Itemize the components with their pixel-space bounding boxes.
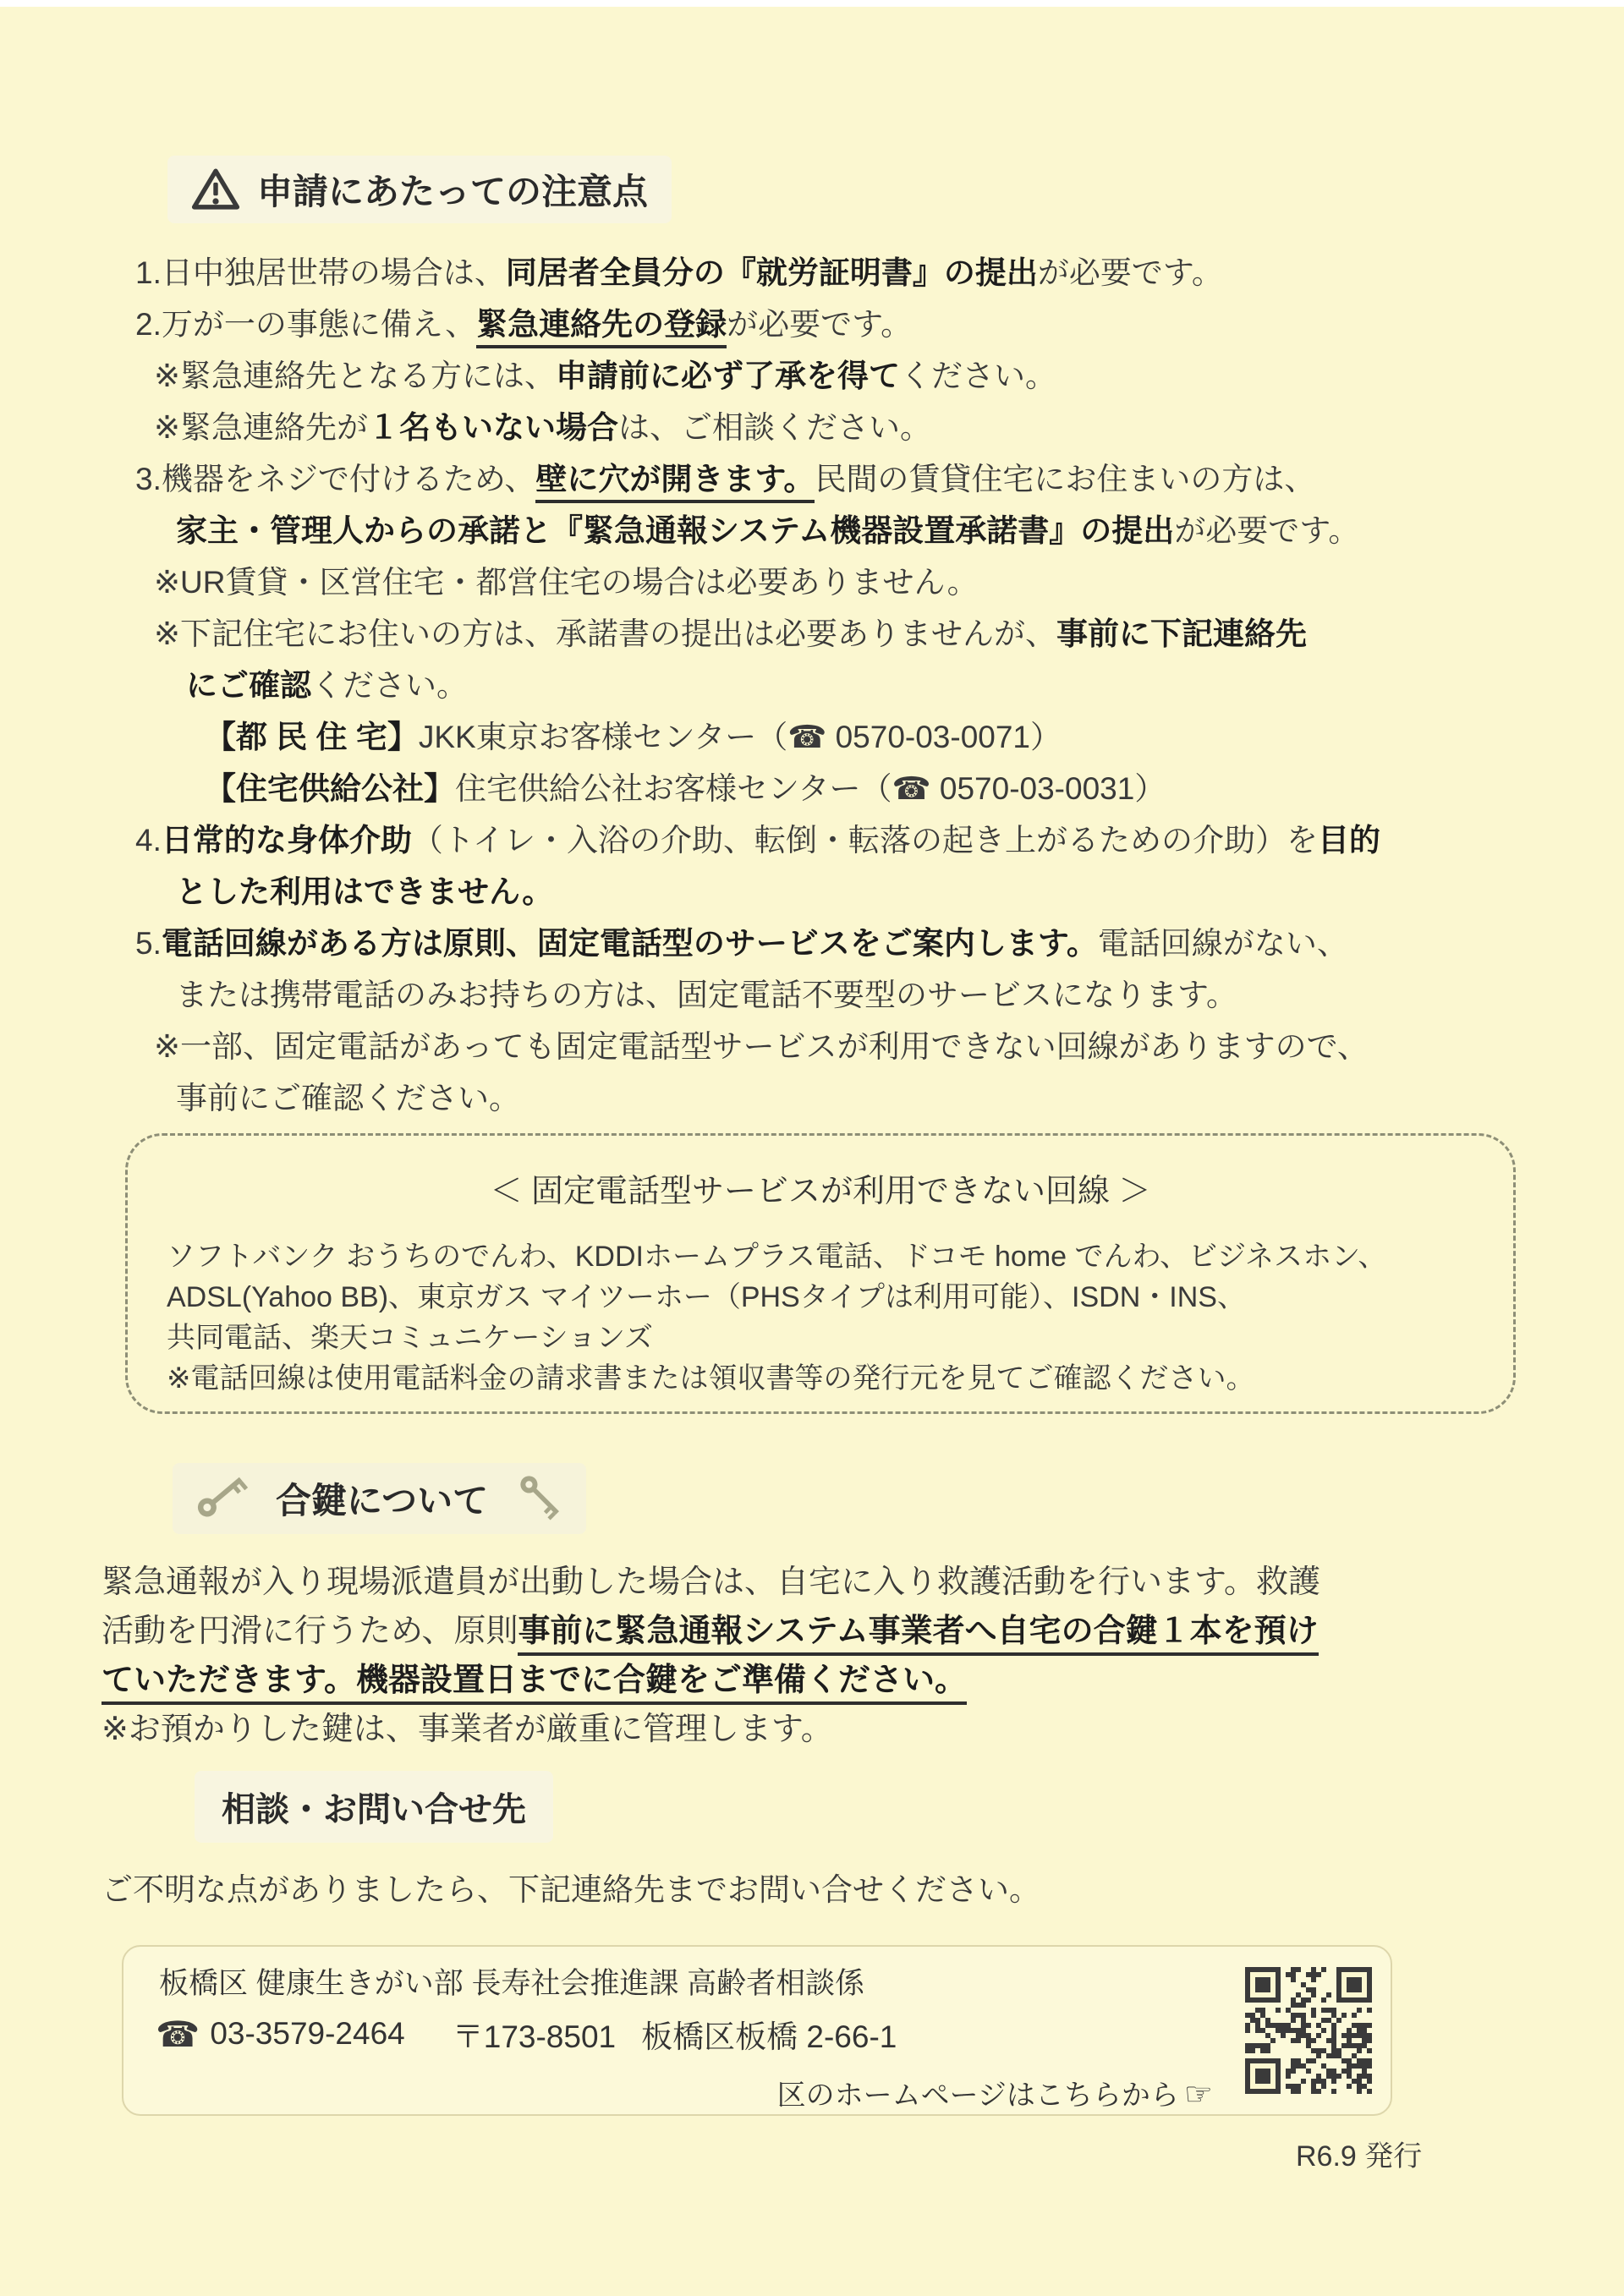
notice-line: 事前にご確認ください。 xyxy=(176,1072,1380,1124)
notice-line: とした利用はできません。 xyxy=(176,866,1380,918)
inquiry-section-title: 相談・お問い合せ先 xyxy=(222,1783,526,1831)
unavailable-line: 共同電話、楽天コミュニケーションズ xyxy=(167,1318,1474,1358)
unavailable-lines-body: ソフトバンク おうちのでんわ、KDDIホームプラス電話、ドコモ home でんわ… xyxy=(128,1236,1513,1399)
notice-line: にご確認ください。 xyxy=(186,660,1380,711)
unavailable-line: ADSL(Yahoo BB)、東京ガス マイツーホー（PHSタイプは利用可能）、… xyxy=(167,1277,1474,1318)
unavailable-lines-box: ＜ 固定電話型サービスが利用できない回線 ＞ ソフトバンク おうちのでんわ、KD… xyxy=(125,1133,1516,1414)
notice-line: または携帯電話のみお持ちの方は、固定電話不要型のサービスになります。 xyxy=(176,969,1380,1021)
qr-code xyxy=(1245,1967,1372,2094)
contact-address: 板橋区板橋 2-66-1 xyxy=(641,2011,897,2057)
key-icon xyxy=(191,1478,250,1519)
phone-icon: ☎ xyxy=(156,2014,200,2055)
scanned-flyer-page: 申請にあたっての注意点 1.日中独居世帯の場合は、同居者全員分の『就労証明書』の… xyxy=(0,7,1624,2296)
unavailable-lines-title: ＜ 固定電話型サービスが利用できない回線 ＞ xyxy=(128,1164,1513,1211)
inquiry-section-header: 相談・お問い合せ先 xyxy=(195,1771,553,1843)
homepage-note-text: 区のホームページはこちらから xyxy=(777,2080,1179,2112)
notice-line: 家主・管理人からの承諾と『緊急通報システム機器設置承諾書』の提出が必要です。 xyxy=(176,505,1380,556)
notice-section-title: 申請にあたっての注意点 xyxy=(257,164,648,215)
inquiry-intro-text: ご不明な点がありましたら、下記連絡先までお問い合せください。 xyxy=(101,1864,1040,1910)
notice-line: 5.電話回線がある方は原則、固定電話型のサービスをご案内します。電話回線がない、 xyxy=(135,918,1380,969)
notice-line: ※一部、固定電話があっても固定電話型サービスが利用できない回線がありますので、 xyxy=(154,1021,1380,1072)
spare-key-section-header: 合鍵について xyxy=(173,1463,586,1534)
notice-line: ※下記住宅にお住いの方は、承諾書の提出は必要ありませんが、事前に下記連絡先 xyxy=(154,608,1380,660)
contact-department: 板橋区 健康生きがい部 長寿社会推進課 高齢者相談係 xyxy=(159,1960,864,2003)
notice-line: 4.日常的な身体介助（トイレ・入浴の介助、転倒・転落の起き上がるための介助）を目… xyxy=(135,814,1380,866)
spare-key-line: 緊急通報が入り現場派遣員が出動した場合は、自宅に入り救護活動を行います。救護 xyxy=(101,1558,1320,1607)
key-icon xyxy=(513,1478,568,1519)
notice-line-tomin-jutaku: 【都 民 住 宅】JKK東京お客様センター（☎ 0570-03-0071） xyxy=(205,711,1380,763)
contact-postal-code: 〒173-8501 xyxy=(453,2011,616,2057)
spare-key-line: ※お預かりした鍵は、事業者が厳重に管理します。 xyxy=(101,1705,1320,1754)
contact-phone-number: 03-3579-2464 xyxy=(210,2016,404,2052)
notice-line: 2.万が一の事態に備え、緊急連絡先の登録が必要です。 xyxy=(135,299,1380,350)
spare-key-section-title: 合鍵について xyxy=(276,1473,488,1524)
notice-line: ※緊急連絡先となる方には、申請前に必ず了承を得てください。 xyxy=(154,350,1380,402)
notice-list: 1.日中独居世帯の場合は、同居者全員分の『就労証明書』の提出が必要です。 2.万… xyxy=(127,247,1380,1124)
spare-key-line: ていただきます。機器設置日までに合鍵をご準備ください。 xyxy=(101,1656,1320,1705)
contact-info-box: 板橋区 健康生きがい部 長寿社会推進課 高齢者相談係 ☎ 03-3579-246… xyxy=(122,1945,1392,2116)
homepage-note: 区のホームページはこちらから☞ xyxy=(777,2072,1213,2113)
unavailable-line: ソフトバンク おうちのでんわ、KDDIホームプラス電話、ドコモ home でんわ… xyxy=(167,1236,1474,1277)
spare-key-paragraph: 緊急通報が入り現場派遣員が出動した場合は、自宅に入り救護活動を行います。救護 活… xyxy=(101,1558,1320,1754)
notice-line: ※緊急連絡先が１名もいない場合は、ご相談ください。 xyxy=(154,402,1380,453)
notice-section-header: 申請にあたっての注意点 xyxy=(167,156,672,223)
notice-line: ※UR賃貸・区営住宅・都営住宅の場合は必要ありません。 xyxy=(154,556,1380,608)
pointing-hand-icon: ☞ xyxy=(1184,2077,1213,2112)
warning-icon xyxy=(191,167,240,211)
notice-line: 1.日中独居世帯の場合は、同居者全員分の『就労証明書』の提出が必要です。 xyxy=(135,247,1380,299)
contact-phone-address-line: ☎ 03-3579-2464 〒173-8501 板橋区板橋 2-66-1 xyxy=(156,2011,897,2057)
notice-line: 3.機器をネジで付けるため、壁に穴が開きます。民間の賃貸住宅にお住まいの方は、 xyxy=(135,453,1380,505)
unavailable-line: ※電話回線は使用電話料金の請求書または領収書等の発行元を見てご確認ください。 xyxy=(167,1358,1474,1399)
issue-date: R6.9 発行 xyxy=(1296,2133,1422,2174)
spare-key-line: 活動を円滑に行うため、原則事前に緊急通報システム事業者へ自宅の合鍵１本を預け xyxy=(101,1607,1320,1656)
notice-line-jutaku-kosha: 【住宅供給公社】住宅供給公社お客様センター（☎ 0570-03-0031） xyxy=(205,763,1380,814)
